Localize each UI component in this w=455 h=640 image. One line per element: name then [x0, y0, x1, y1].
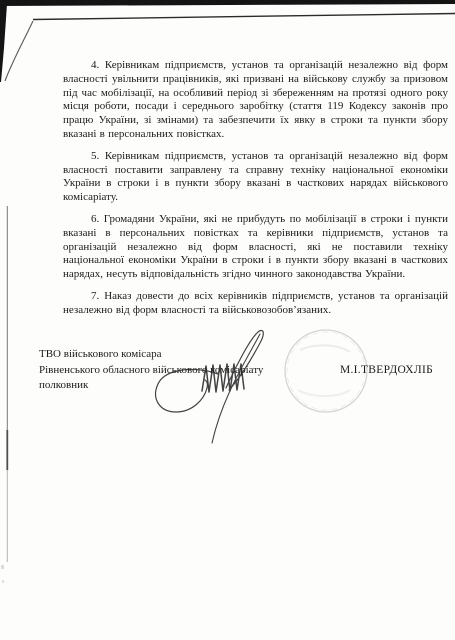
order-paragraph-4: 4. Керівникам підприємств, установ та ор…: [63, 59, 448, 142]
signer-rank: полковник: [39, 378, 263, 394]
order-paragraph-6: 6. Громадяни України, які не прибудуть п…: [63, 213, 448, 282]
order-paragraph-7: 7. Наказ довести до всіх керівників підп…: [63, 290, 448, 318]
order-body: 4. Керівникам підприємств, установ та ор…: [63, 59, 448, 326]
signature-block: ТВО військового комісара Рівненського об…: [39, 347, 263, 394]
signer-position-line: ТВО військового комісара: [39, 347, 263, 363]
order-paragraph-5: 5. Керівникам підприємств, установ та ор…: [63, 150, 448, 205]
signer-unit-line: Рівненського обласного військового коміс…: [39, 363, 263, 379]
scanned-order-page: 4. Керівникам підприємств, установ та ор…: [0, 0, 455, 640]
signatory-name: М.І.ТВЕРДОХЛІБ: [340, 364, 433, 376]
